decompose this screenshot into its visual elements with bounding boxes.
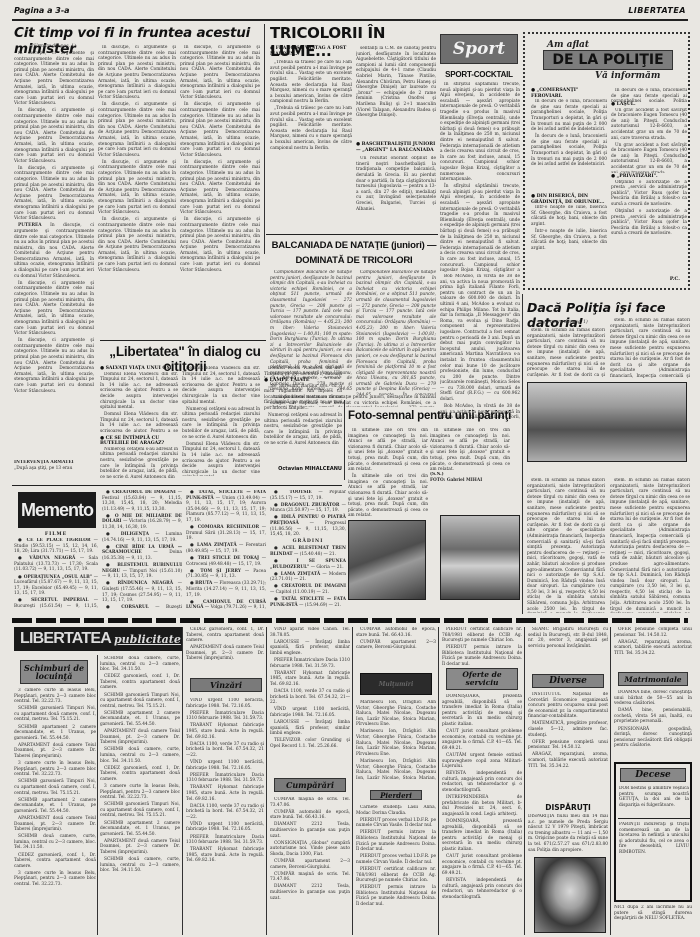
section-label-oferte: Oferte de serviciu [446,668,518,690]
politie-info-box: Am aflat DE LA POLIŢIE Vă informăm ● „CO… [523,32,690,290]
photo-missing-child [534,857,606,933]
column-divider [522,294,523,614]
politie-kicker-bottom: Vă informăm [595,71,660,81]
headline-balcaniada-1: BALCANIADA DE NATAŢIE (juniori) — [268,240,440,251]
memento-col4: ● TOOTSIE — Popular (35.15.17) — 15, 17,… [270,490,346,610]
memento-col2: ● CREATORUL DE IMAGINI — Festival (15.63… [102,490,182,610]
column-divider [438,627,439,935]
classifieds-col5: Carnete studenţi: Lăsii Alina, Modac Dor… [356,805,436,933]
politie-kicker-top: Am aflat [547,40,589,50]
politie-item: ● „PRIVATIZĂRI". Obţinînd o autorizaţie … [611,174,687,270]
decese-box: Decese DOR nestins şi amintire veşnică p… [614,762,692,902]
classifieds-col7-top: SEAMC Brigadiru Bucureşti cu sediul în B… [528,627,608,667]
classifieds-col5-names: Marinescu Ion, Drăghici Alin Victor, Ghe… [356,700,436,780]
column-divider [352,627,353,935]
classifieds-col7: INSTITUTUL Naţional de Cercetări Economi… [528,692,608,802]
classifieds-divider [12,618,688,623]
masthead-name: LIBERTATEA [628,6,686,15]
sport-cocktail-title: SPORT-COCKTAIL [440,70,518,79]
memento-logo: Memento [18,492,96,528]
classifieds-col3: VÎND urgent 1100 nerăcită, fabricaţie 19… [186,698,264,934]
classifieds-col8: DOAMNĂ bine, doresc cunoştinţa unui bărb… [614,690,692,760]
dialog-item-salvati: ● SALVAŢI VIAŢA UNUI OM! Domnul Elena Vl… [100,366,178,487]
section-label-diverse: Diverse [532,674,604,688]
header-rule [12,19,688,21]
tricolorii-item-baschet: ● BASCHETBALIŞTII JUNIORI — „ARGINT" LA … [356,142,436,226]
column-divider [524,627,525,935]
classifieds-col4: CUMPĂR maşină de scris. Tel. 73.47.06.CU… [270,797,350,935]
article-minister-col1: In discuţie, ci argumente şi contraargum… [14,51,94,466]
page-number-label: Pagina a 3-a [14,6,70,15]
dialog-col3: Domnul Elena Vlădescu din str. Tîmpului … [264,366,342,474]
article-minister-col3: In discuţie, ci argumente şi contraargum… [180,45,260,300]
classifieds-col5-top: CUMPĂR automobil de epocă, stare bună. T… [356,627,436,667]
classifieds-col6: DOMNIŞOARĂ, prezentă agreabilă, disponib… [442,694,522,934]
decese-divider [618,818,690,819]
article-minister-col2: In discuţie, ci argumente şi contraargum… [98,45,176,345]
headline-foto-semnal: Foto-semnal pentru unii părinţi [348,410,528,422]
minister-subhead-armata: INTERVENŢIA ARMATEI„După aşa ştiţi, pe 1… [14,460,94,471]
classifieds-col8-top: OFER pensiune completă unui pensionar. T… [614,627,692,667]
newspaper-page: Pagina a 3-a LIBERTATEA Cit timp voi fi … [0,0,700,937]
foto-semnal-text-col2: În ultimele zile ori trei din imaginea c… [430,428,510,472]
classifieds-col6-top: PIERDUT certificat calificare nr. 768/19… [442,627,522,667]
films-heading: FILME [14,532,98,537]
memento-col1: ● CE LE PLACE TIGRILOR — Studio (59.53.1… [14,538,98,610]
photo-three-men [440,515,520,600]
section-label-schimburi: Schimburi de locuinţă [20,660,88,684]
column-divider [97,655,98,935]
headline-balcaniada-2: DOMINATĂ DE TRICOLORI [268,255,440,266]
tricolorii-canotaj-text: sentanţi la C.M. de canotaj pentru junio… [356,46,436,131]
column-divider [344,400,345,480]
politie-item: În decurs de o lună, braconierii de şine… [611,88,687,173]
disparuti-heading: DISPĂRUŢI [528,803,608,812]
decese-ad-bottom: NICI după 2 ani lacrimile nu au putere s… [614,905,692,935]
section-rule [266,234,438,235]
column-divider [182,627,183,935]
memento-col3: ● TATĂL, STICLETE — FATA PUNK-ISTĂ — Uni… [186,490,266,610]
foto-semnal-text-col1: În ultimele zile ori trei din imaginea c… [348,428,428,518]
photo-trolleybuses [527,382,687,462]
classifieds-col4-top: VÎND aparat video Canon. Tel. 38.78.05.L… [270,627,350,772]
section-label-cumparari: Cumpărări [274,778,346,792]
classifieds-col3-top: CEDEZ garsonieră, conf. 1, Dr. Taberei, … [186,627,264,669]
dialog-signature: Octavian MIHALCEANU [260,466,342,472]
disparuti-text: DISPARIŢIA fiului meu din 14 mai a.c. pe… [528,814,608,854]
section-label-matrimoniale: Matrimoniale [618,672,688,686]
classifieds-banner: LIBERTATEA publicitate [14,627,182,651]
section-label-vinzari: Vînzări [190,678,262,692]
politie-item: ● DIN BISERICĂ, DIN GRĂDINIŢĂ, DE ORIUND… [531,194,607,285]
column-divider [266,627,267,935]
section-label-multumiri: Mulţumiri [360,673,432,695]
politie-signature: P.C. [670,276,680,282]
classifieds-banner-title: LIBERTATEA [20,630,111,648]
classifieds-col1: 3 camere curte în leasus Belu, Piepţănar… [14,688,96,933]
politia-datoria-col2: stem. În schimb au rămas datori organiza… [610,478,690,613]
section-rule [12,485,342,486]
decese-ad: DOR nestins şi amintire veşnică pentru s… [619,786,689,816]
section-label-decese: Decese [620,768,686,782]
politia-datoria-top-col2: stem. În schimb au rămas datori organiza… [610,318,690,378]
politia-datoria-top-col1: stem. În schimb au rămas datori organiza… [527,328,605,378]
foto-semnal-signature: (S.N.)FOTO: Gabriel MIHAI [430,472,510,483]
section-label-pierderi: Pierderi [370,790,422,800]
photo-foto-semnal-left [348,520,426,600]
politie-item: ● „COMERSANŢI" FEROVIARI. În decurs de o… [531,88,607,179]
continued-note: (Urmare din pag. 1) [14,44,94,49]
column-divider [610,627,611,935]
sport-news-text: Bob McAdoo, în vîrstă de 38 de ani, va a… [440,274,520,419]
sport-cocktail-text: În sfîrşitul săptămînii trecute, nouă al… [440,82,520,272]
classifieds-banner-subtitle: publicitate [114,633,181,646]
decese-ad: PĂRINŢII îndureraţi şi triştii comemorea… [619,822,689,898]
politie-title-box: DE LA POLIŢIE [543,50,673,70]
balcaniada-col2: Campionatele Balcanice de nataţie pentru… [356,270,436,395]
classifieds-col2: SCHIMB două camere, curte, lumina, centr… [100,656,180,934]
column-divider [264,24,265,254]
politia-datoria-col1: stem. În schimb au rămas datori organiza… [527,478,605,613]
sport-logo: Sport [440,34,518,64]
tricolorii-item-vastag: ● FRANCISC VASTAG A FOST MAI BUN... „Tre… [270,46,352,205]
dialog-col2: Domnul Elena Vlădescu din str. Tîmpului … [182,366,260,476]
section-rule [100,340,266,341]
continued-note: (Urmare din pag. 1) [527,320,605,325]
politie-title: DE LA POLIŢIE [552,52,663,68]
